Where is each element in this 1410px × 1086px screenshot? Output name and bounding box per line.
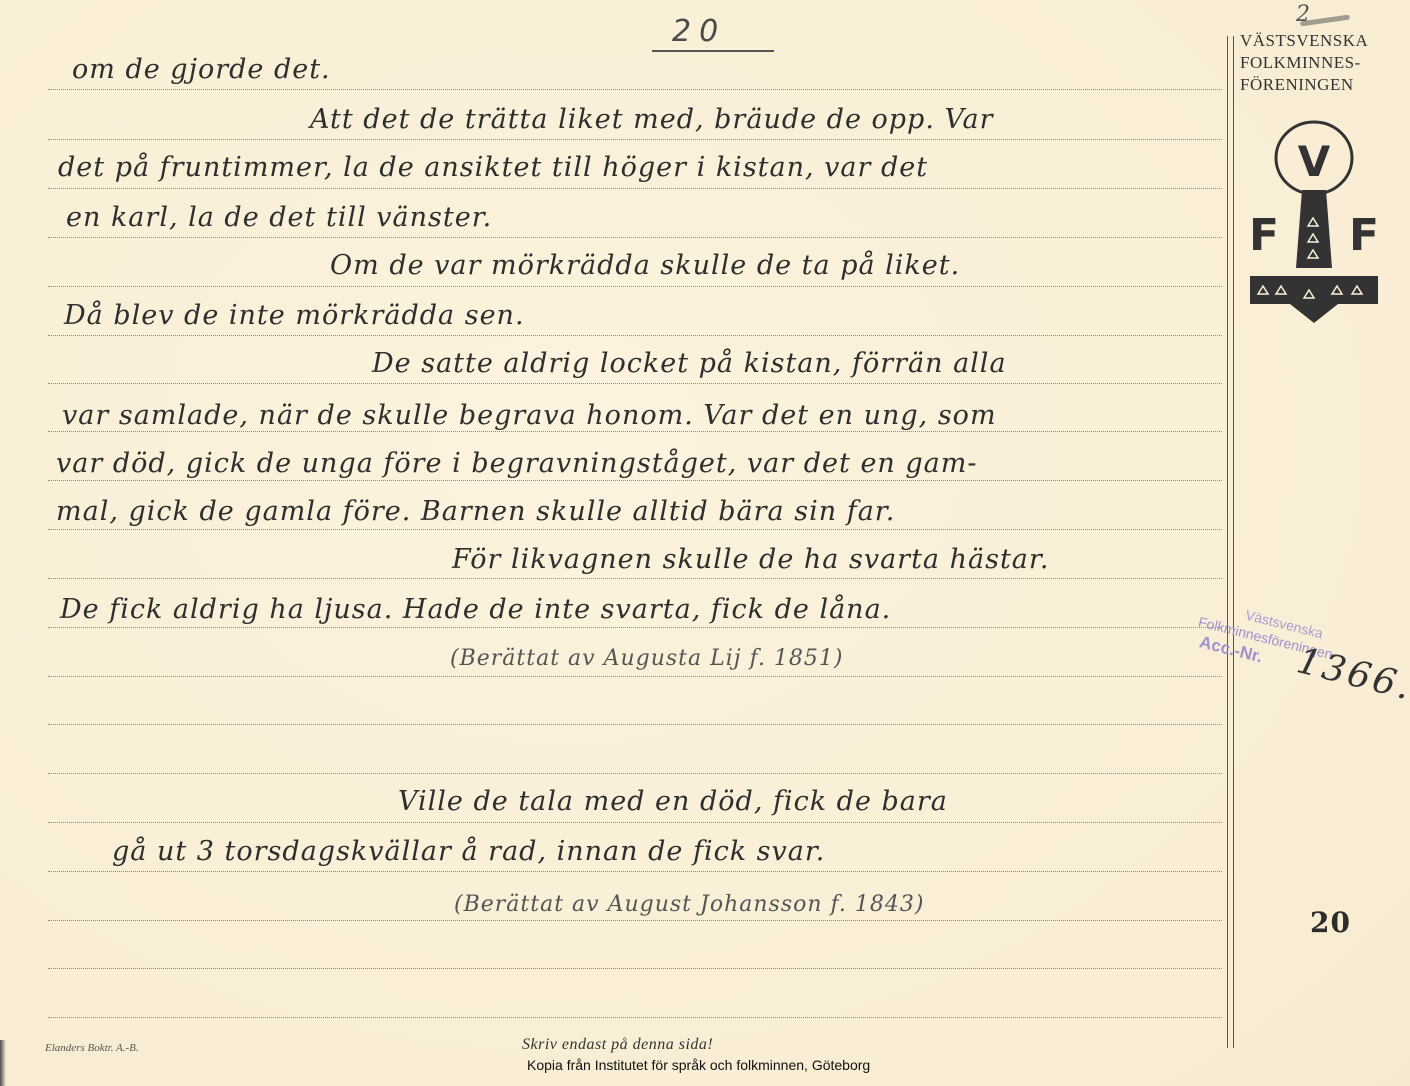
form-page-number: 20 (1310, 906, 1351, 939)
ruled-line (48, 627, 1222, 628)
copy-notice: Kopia från Institutet för språk och folk… (527, 1057, 870, 1073)
informant-attribution: (Berättat av Augusta Lij f. 1851) (450, 646, 844, 671)
ruled-line (48, 188, 1222, 189)
handwritten-line: en karl, la de det till vänster. (66, 202, 492, 233)
vff-hammer-logo-icon: V F F (1242, 118, 1387, 333)
ruled-line (48, 237, 1222, 238)
organization-name: VÄSTSVENSKA FOLKMINNES- FÖRENINGEN (1240, 30, 1390, 96)
ruled-line (48, 578, 1222, 579)
handwritten-line: om de gjorde det. (72, 54, 331, 85)
informant-attribution: (Berättat av August Johansson f. 1843) (454, 892, 924, 917)
page-number-underline (652, 50, 774, 52)
ruled-line (48, 676, 1222, 677)
ruled-line (48, 724, 1222, 725)
handwritten-line: Att det de trätta liket med, bräude de o… (310, 104, 994, 135)
handwritten-line: De satte aldrig locket på kistan, förrän… (372, 348, 1007, 379)
handwritten-line: var samlade, när de skulle begrava honom… (62, 400, 997, 431)
logo-letter-v: V (1298, 137, 1331, 186)
handwritten-line: Då blev de inte mörkrädda sen. (64, 300, 525, 331)
handwritten-line: Om de var mörkrädda skulle de ta på like… (330, 250, 960, 281)
ruled-line (48, 1017, 1222, 1018)
handwritten-line: mal, gick de gamla före. Barnen skulle a… (56, 496, 895, 527)
handwritten-page-number: 20 (672, 14, 726, 49)
ruled-line (48, 480, 1222, 481)
printer-credit: Elanders Boktr. A.-B. (45, 1042, 139, 1054)
handwritten-line: De fick aldrig ha ljusa. Hade de inte sv… (60, 594, 891, 625)
ruled-line (48, 383, 1222, 384)
ruled-line (48, 286, 1222, 287)
ruled-line (48, 335, 1222, 336)
handwritten-line: det på fruntimmer, la de ansiktet till h… (58, 152, 928, 183)
margin-line-left (1227, 36, 1228, 1048)
write-one-side-instruction: Skriv endast på denna sida! (522, 1036, 713, 1054)
handwritten-line: var död, gick de unga före i begravnings… (56, 448, 978, 479)
page-edge-shadow (0, 1040, 6, 1086)
margin-line-right (1233, 36, 1234, 1048)
ruled-line (48, 139, 1222, 140)
ruled-line (48, 920, 1222, 921)
scribble-digit: 2 (1296, 2, 1310, 27)
ruled-line (48, 431, 1222, 432)
org-line-2: FOLKMINNES- (1240, 52, 1390, 74)
ruled-line (48, 529, 1222, 530)
ruled-line (48, 822, 1222, 823)
handwritten-line: gå ut 3 torsdagskvällar å rad, innan de … (112, 836, 825, 867)
org-line-3: FÖRENINGEN (1240, 74, 1390, 96)
logo-letter-f-left: F (1249, 210, 1279, 261)
handwritten-line: För likvagnen skulle de ha svarta hästar… (452, 544, 1049, 575)
org-line-1: VÄSTSVENSKA (1240, 30, 1390, 52)
logo-letter-f-right: F (1349, 210, 1379, 261)
handwritten-line: Ville de tala med en död, fick de bara (398, 786, 948, 817)
ruled-line (48, 89, 1222, 90)
ruled-line (48, 773, 1222, 774)
ruled-line (48, 968, 1222, 969)
ruled-line (48, 871, 1222, 872)
